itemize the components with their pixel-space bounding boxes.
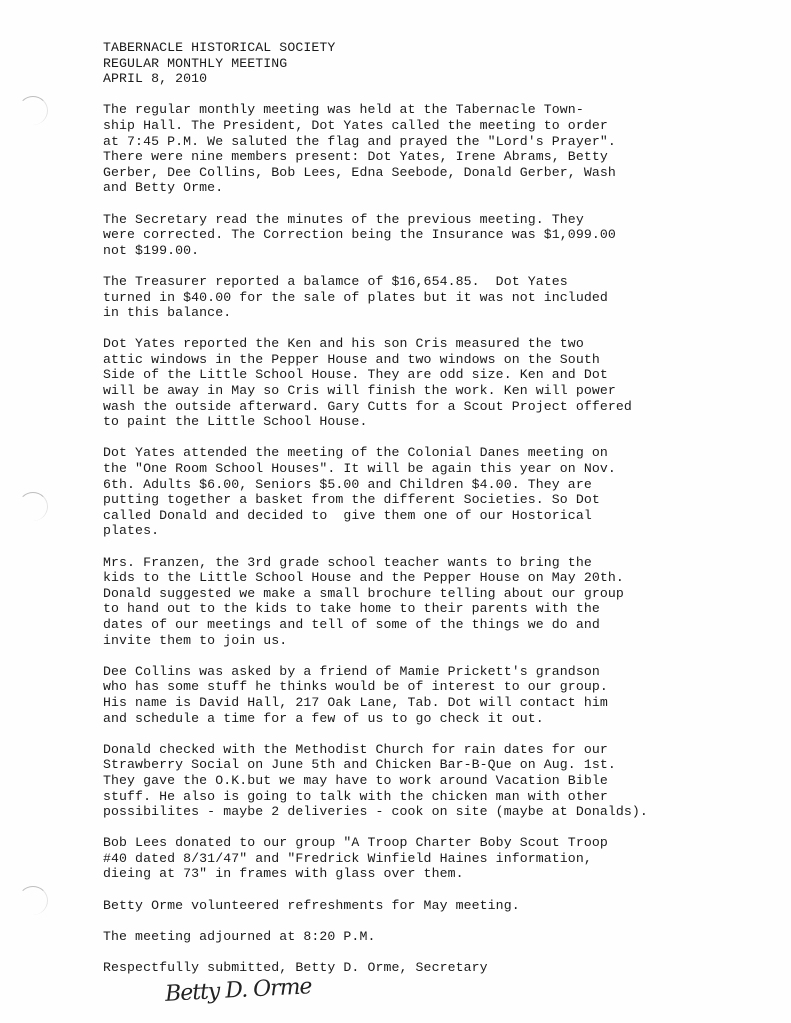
text-line: kids to the Little School House and the … — [103, 570, 783, 586]
paragraph: The Treasurer reported a balamce of $16,… — [103, 274, 783, 321]
text-line: dieing at 73" in frames with glass over … — [103, 866, 783, 882]
text-line: ship Hall. The President, Dot Yates call… — [103, 118, 783, 134]
text-line: will be away in May so Cris will finish … — [103, 383, 783, 399]
paragraph: Dee Collins was asked by a friend of Mam… — [103, 664, 783, 726]
text-line: The meeting adjourned at 8:20 P.M. — [103, 929, 783, 945]
text-line: There were nine members present: Dot Yat… — [103, 149, 783, 165]
text-line: to paint the Little School House. — [103, 414, 783, 430]
text-line: called Donald and decided to give them o… — [103, 508, 783, 524]
text-line: His name is David Hall, 217 Oak Lane, Ta… — [103, 695, 783, 711]
text-line: #40 dated 8/31/47" and "Fredrick Winfiel… — [103, 851, 783, 867]
text-line: in this balance. — [103, 305, 783, 321]
text-line: 6th. Adults $6.00, Seniors $5.00 and Chi… — [103, 477, 783, 493]
text-line: the "One Room School Houses". It will be… — [103, 461, 783, 477]
hole-punch-mark — [18, 492, 48, 521]
hole-punch-mark — [18, 886, 48, 915]
text-line: Strawberry Social on June 5th and Chicke… — [103, 757, 783, 773]
meeting-date: APRIL 8, 2010 — [103, 71, 783, 87]
text-line: The Secretary read the minutes of the pr… — [103, 212, 783, 228]
text-line: at 7:45 P.M. We saluted the flag and pra… — [103, 134, 783, 150]
text-line: to hand out to the kids to take home to … — [103, 601, 783, 617]
text-line: Bob Lees donated to our group "A Troop C… — [103, 835, 783, 851]
paragraph: Dot Yates reported the Ken and his son C… — [103, 336, 783, 430]
text-line: plates. — [103, 523, 783, 539]
paragraph: The meeting adjourned at 8:20 P.M. — [103, 929, 783, 945]
text-line: Respectfully submitted, Betty D. Orme, S… — [103, 960, 783, 976]
paragraph: Donald checked with the Methodist Church… — [103, 742, 783, 820]
paragraph: Dot Yates attended the meeting of the Co… — [103, 445, 783, 539]
minutes-body: The regular monthly meeting was held at … — [103, 102, 783, 975]
text-line: turned in $40.00 for the sale of plates … — [103, 290, 783, 306]
text-line: Dot Yates reported the Ken and his son C… — [103, 336, 783, 352]
paragraph: Bob Lees donated to our group "A Troop C… — [103, 835, 783, 882]
org-name: TABERNACLE HISTORICAL SOCIETY — [103, 40, 783, 56]
text-line: invite them to join us. — [103, 633, 783, 649]
text-line: putting together a basket from the diffe… — [103, 492, 783, 508]
text-line: and Betty Orme. — [103, 180, 783, 196]
paragraph: Mrs. Franzen, the 3rd grade school teach… — [103, 555, 783, 649]
text-line: possibilites - maybe 2 deliveries - cook… — [103, 804, 783, 820]
text-line: wash the outside afterward. Gary Cutts f… — [103, 399, 783, 415]
document-header: TABERNACLE HISTORICAL SOCIETY REGULAR MO… — [103, 40, 783, 87]
text-line: Dee Collins was asked by a friend of Mam… — [103, 664, 783, 680]
text-line: Donald checked with the Methodist Church… — [103, 742, 783, 758]
text-line: were corrected. The Correction being the… — [103, 227, 783, 243]
hole-punch-mark — [18, 96, 48, 125]
text-line: The regular monthly meeting was held at … — [103, 102, 783, 118]
text-line: They gave the O.K.but we may have to wor… — [103, 773, 783, 789]
text-line: who has some stuff he thinks would be of… — [103, 679, 783, 695]
text-line: Side of the Little School House. They ar… — [103, 367, 783, 383]
text-line: Gerber, Dee Collins, Bob Lees, Edna Seeb… — [103, 165, 783, 181]
text-line: and schedule a time for a few of us to g… — [103, 711, 783, 727]
text-line: dates of our meetings and tell of some o… — [103, 617, 783, 633]
paragraph: The regular monthly meeting was held at … — [103, 102, 783, 196]
text-line: Dot Yates attended the meeting of the Co… — [103, 445, 783, 461]
text-line: not $199.00. — [103, 243, 783, 259]
text-line: The Treasurer reported a balamce of $16,… — [103, 274, 783, 290]
text-line: attic windows in the Pepper House and tw… — [103, 352, 783, 368]
text-line: Betty Orme volunteered refreshments for … — [103, 898, 783, 914]
paragraph: Respectfully submitted, Betty D. Orme, S… — [103, 960, 783, 976]
document-page: TABERNACLE HISTORICAL SOCIETY REGULAR MO… — [0, 0, 791, 1023]
meeting-type: REGULAR MONTHLY MEETING — [103, 56, 783, 72]
text-line: Donald suggested we make a small brochur… — [103, 586, 783, 602]
meeting-minutes: TABERNACLE HISTORICAL SOCIETY REGULAR MO… — [103, 40, 783, 991]
paragraph: Betty Orme volunteered refreshments for … — [103, 898, 783, 914]
paragraph: The Secretary read the minutes of the pr… — [103, 212, 783, 259]
text-line: stuff. He also is going to talk with the… — [103, 789, 783, 805]
text-line: Mrs. Franzen, the 3rd grade school teach… — [103, 555, 783, 571]
